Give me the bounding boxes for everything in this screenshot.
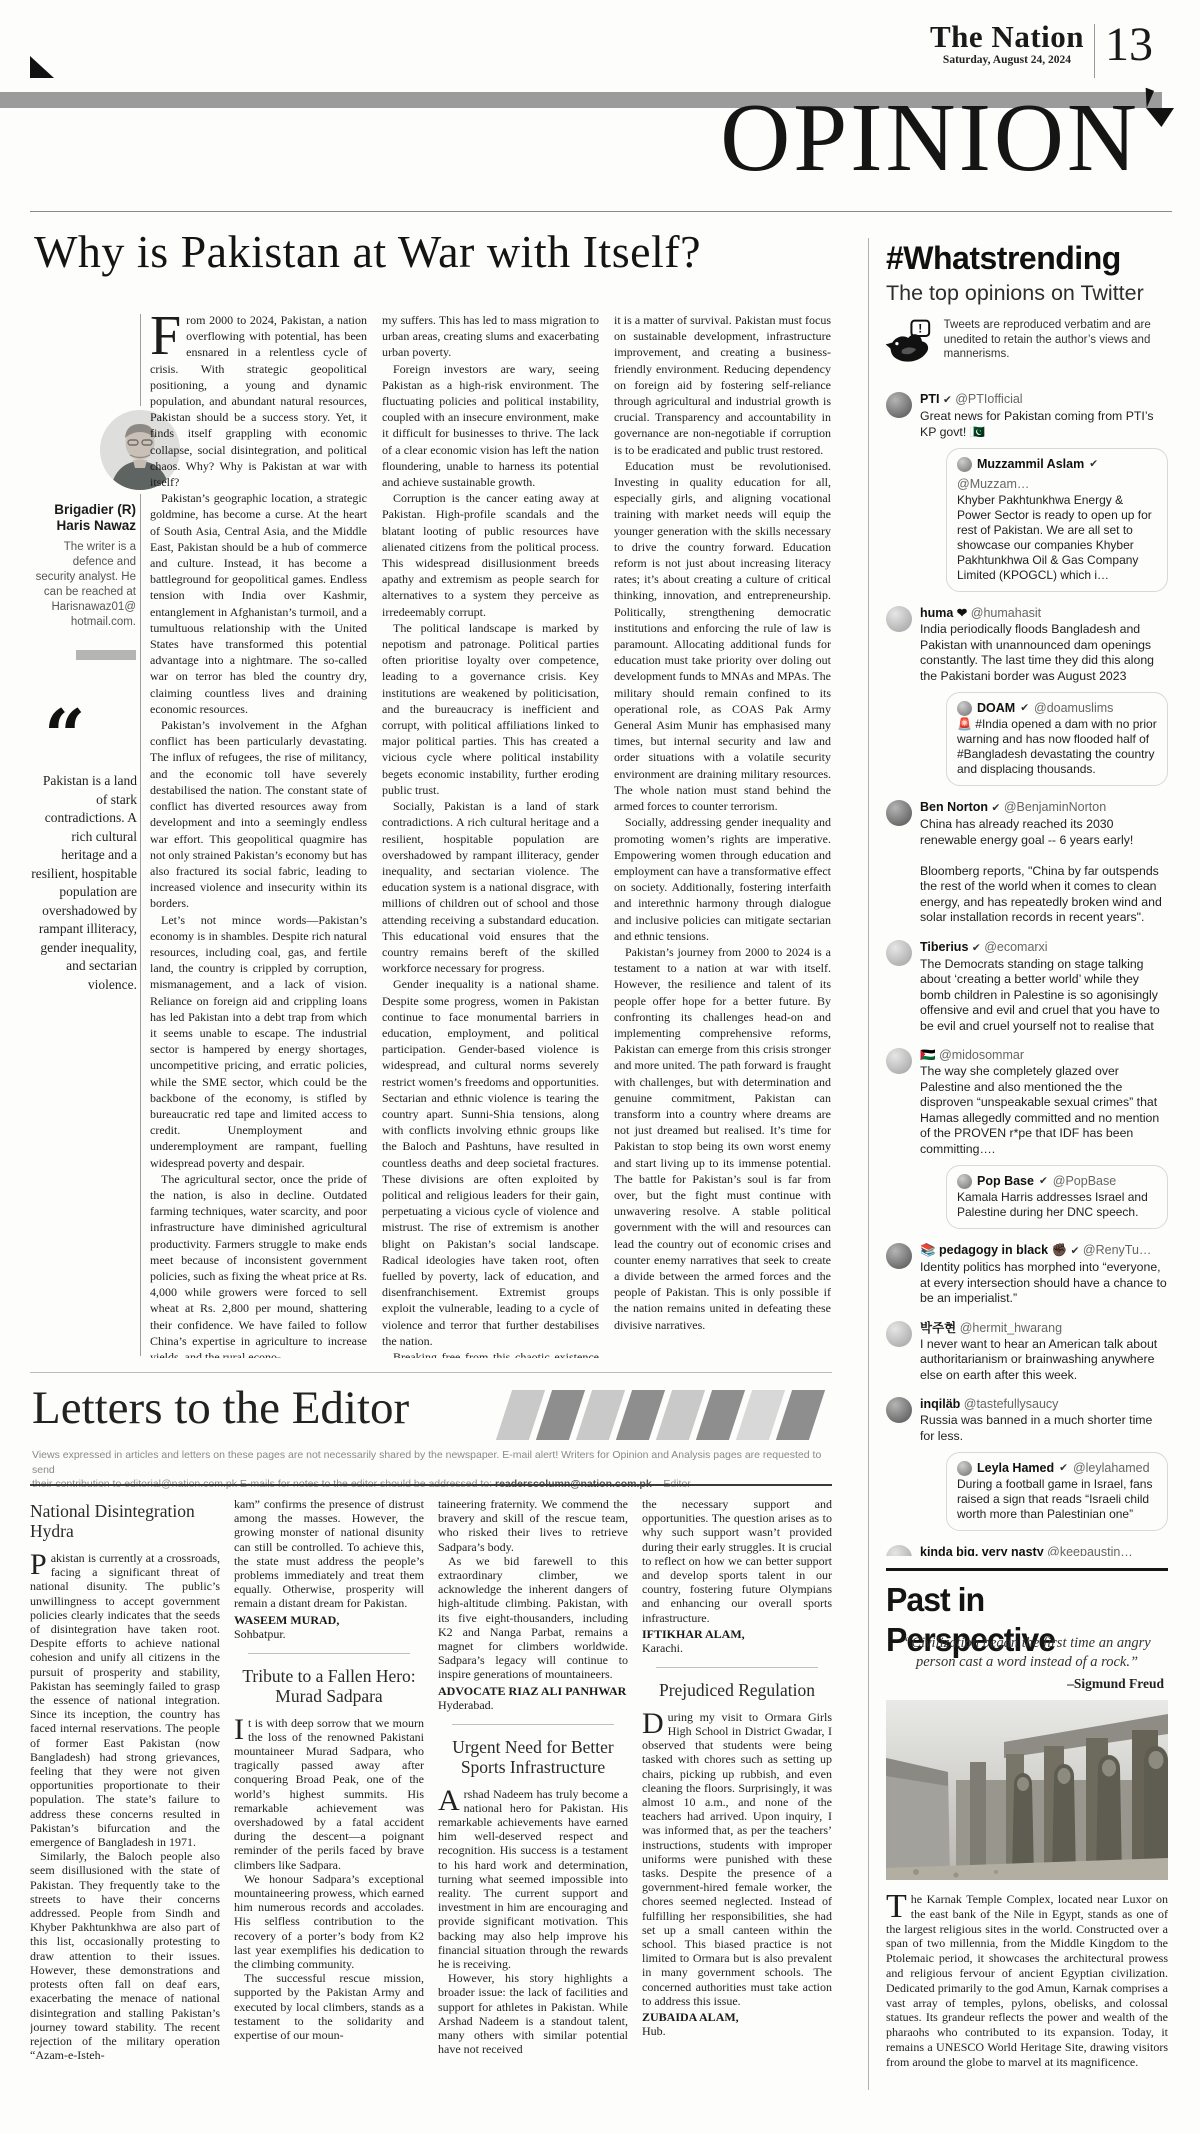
tweet-handle: @humahasit	[971, 606, 1041, 620]
pull-quote: Pakistan is a land of stark contradictio…	[30, 772, 137, 994]
tweet: 📚 pedagogy in black ✊🏿 ✔ @RenyTu… Identi…	[886, 1243, 1168, 1307]
tweet-author: huma ❤	[920, 606, 967, 620]
tweet-text: India periodically floods Bangladesh and…	[920, 622, 1168, 684]
tweet: Ben Norton ✔ @BenjaminNorton China has a…	[886, 800, 1168, 926]
letter-divider	[452, 1724, 614, 1725]
article-paragraph: Breaking free from this chaotic existenc…	[382, 1349, 599, 1358]
quoted-tweet: DOAM ✔ @doamuslims 🚨 #India opened a dam…	[946, 692, 1168, 786]
tweet: 🇵🇸 @midosommar The way she completely gl…	[886, 1048, 1168, 1229]
letters-top-rule	[30, 1372, 832, 1373]
letter-dropcap: A	[438, 1787, 464, 1813]
tweet-handle: @RenyTu…	[1083, 1243, 1152, 1257]
article-dropcap: F	[150, 312, 186, 359]
letter-paragraph: However, his story highlights a broader …	[438, 1971, 628, 2056]
tweet-text: Russia was banned in a much shorter time…	[920, 1413, 1168, 1444]
tweet-text: The way she completely glazed over Pales…	[920, 1064, 1168, 1157]
verified-icon: ✔	[1020, 701, 1029, 716]
tweet-text: Great news for Pakistan coming from PTI’…	[920, 409, 1168, 440]
article-paragraph: Socially, Pakistan is a land of stark co…	[382, 798, 599, 976]
article-paragraph: my suffers. This has led to mass migrati…	[382, 312, 599, 361]
article-paragraph: it is a matter of survival. Pakistan mus…	[614, 312, 831, 458]
author-name: Brigadier (R) Haris Nawaz	[30, 502, 136, 534]
letter-paragraph: Pakistan is currently at a crossroads, f…	[30, 1551, 220, 1849]
avatar	[886, 1545, 912, 1556]
tweet-handle: @PopBase	[1053, 1174, 1116, 1189]
tweet-author: DOAM	[977, 701, 1015, 716]
avatar	[957, 457, 972, 472]
letters-banner-stripes	[504, 1390, 817, 1440]
tweet-handle: @tastefullysaucy	[964, 1397, 1059, 1411]
whatstrending-disclaimer: ! Tweets are reproduced verbatim and are…	[884, 318, 1168, 366]
tweet-author: 🇵🇸	[920, 1048, 936, 1062]
past-body: The Karnak Temple Complex, located near …	[886, 1892, 1168, 2118]
past-section-rule	[886, 1568, 1168, 1571]
letter-heading: Tribute to a Fallen Hero: Murad Sadpara	[234, 1666, 424, 1706]
avatar	[886, 392, 912, 418]
letter-signature-city: Karachi.	[642, 1641, 832, 1655]
tweet-list: PTI ✔ @PTIofficial Great news for Pakist…	[886, 392, 1168, 1556]
letter-signature: ADVOCATE RIAZ ALI PANHWAR	[438, 1684, 628, 1698]
quoted-tweet: Pop Base ✔ @PopBase Kamala Harris addres…	[946, 1165, 1168, 1229]
letters-column-4: the necessary support and opportunities.…	[642, 1497, 832, 2125]
right-column-rule	[868, 238, 869, 2090]
tweet: PTI ✔ @PTIofficial Great news for Pakist…	[886, 392, 1168, 592]
article-column-2: my suffers. This has led to mass migrati…	[382, 312, 599, 1358]
letter-heading: Urgent Need for Better Sports Infrastruc…	[438, 1737, 628, 1777]
tweet-author: Leyla Hamed	[977, 1461, 1054, 1476]
letters-body: National Disintegration Hydra Pakistan i…	[30, 1497, 834, 2125]
avatar	[957, 1461, 972, 1476]
tweet-handle: @hermit_hwarang	[960, 1321, 1062, 1335]
verified-icon: ✔	[1089, 457, 1098, 472]
letter-paragraph: As we bid farewell to this extraordinary…	[438, 1554, 628, 1682]
tweet-author: kinda big, very nasty	[920, 1545, 1044, 1556]
letters-column-3: taineering fraternity. We commend the br…	[438, 1497, 628, 2125]
article-paragraph: Pakistan’s geographic location, a strate…	[150, 490, 367, 717]
letters-divider-rule	[30, 1484, 832, 1486]
corner-flag-icon	[30, 56, 54, 78]
article-body: From 2000 to 2024, Pakistan, a nation ov…	[150, 312, 832, 1358]
tweet-text: Identity politics has morphed into “ever…	[920, 1260, 1168, 1307]
tweet-author: Pop Base	[977, 1174, 1034, 1189]
letters-section-title: Letters to the Editor	[32, 1382, 409, 1434]
letter-divider	[248, 1653, 410, 1654]
tweet-handle: @doamuslims	[1034, 701, 1113, 716]
letter-divider	[656, 1667, 818, 1668]
letter-paragraph: the necessary support and opportunities.…	[642, 1497, 832, 1625]
banner-stripe	[776, 1390, 825, 1440]
letter-paragraph: During my visit to Ormara Girls High Sch…	[642, 1710, 832, 2008]
tweet-text: I never want to hear an American talk ab…	[920, 1337, 1168, 1384]
letter-paragraph: It is with deep sorrow that we mourn the…	[234, 1716, 424, 1872]
header-bar-arrow-icon	[1146, 108, 1174, 127]
paper-date: Saturday, August 24, 2024	[930, 54, 1084, 66]
verified-icon: ✔	[1059, 1461, 1068, 1476]
letter-dropcap: P	[30, 1551, 51, 1577]
avatar	[886, 1321, 912, 1347]
tweet-handle: @ecomarxi	[984, 940, 1047, 954]
verified-icon: ✔	[992, 802, 1001, 814]
masthead: The Nation Saturday, August 24, 2024 13	[930, 20, 1153, 78]
letter-paragraph: kam” confirms the presence of distrust a…	[234, 1497, 424, 1611]
past-quote-attribution: –Sigmund Freud	[886, 1676, 1164, 1692]
avatar	[886, 1048, 912, 1074]
letter-paragraph: taineering fraternity. We commend the br…	[438, 1497, 628, 1554]
letter-signature-city: Hub.	[642, 2024, 832, 2038]
past-dropcap: T	[886, 1892, 911, 1921]
tweet-handle: @keepaustin…	[1047, 1545, 1133, 1556]
letter-dropcap: D	[642, 1710, 668, 1736]
tweet-text: The Democrats standing on stage talking …	[920, 957, 1168, 1035]
author-bio: The writer is a defence and security ana…	[30, 540, 136, 630]
article-paragraph: Let’s not mince words—Pakistan’s economy…	[150, 912, 367, 1171]
twitter-bird-icon: !	[884, 318, 936, 366]
whatstrending-title: #Whatstrending	[886, 240, 1176, 276]
article-paragraph: Pakistan’s journey from 2000 to 2024 is …	[614, 944, 831, 1333]
quoted-tweet: Leyla Hamed ✔ @leylahamed During a footb…	[946, 1452, 1168, 1531]
letter-paragraph: The successful rescue mission, supported…	[234, 1971, 424, 2042]
tweet-author: PTI	[920, 392, 939, 406]
tweet-author: 박주현	[920, 1321, 956, 1335]
tweet: kinda big, very nasty @keepaustin… Is th…	[886, 1545, 1168, 1556]
letter-signature-city: Sohbatpur.	[234, 1627, 424, 1641]
verified-icon: ✔	[972, 942, 981, 954]
past-quote: “Civilization began the first time an an…	[890, 1634, 1164, 1672]
tweet: Tiberius ✔ @ecomarxi The Democrats stand…	[886, 940, 1168, 1035]
article-paragraph: Pakistan’s involvement in the Afghan con…	[150, 717, 367, 911]
article-paragraph: The political landscape is marked by nep…	[382, 620, 599, 798]
top-rule	[30, 211, 1172, 212]
pull-quote-icon: “	[44, 700, 85, 772]
article-paragraph: Corruption is the cancer eating away at …	[382, 490, 599, 620]
tweet-text: Khyber Pakhtunkhwa Energy & Power Sector…	[957, 493, 1157, 583]
tweet-text: Kamala Harris addresses Israel and Pales…	[957, 1190, 1157, 1220]
tweet-handle: @midosommar	[939, 1048, 1024, 1062]
letter-paragraph: Arshad Nadeem has truly become a nationa…	[438, 1787, 628, 1972]
quoted-tweet: Muzzammil Aslam ✔ @Muzzam… Khyber Pakhtu…	[946, 448, 1168, 592]
newspaper-page: The Nation Saturday, August 24, 2024 13 …	[0, 0, 1200, 2133]
article-paragraph: The agricultural sector, once the pride …	[150, 1171, 367, 1358]
article-column-3: it is a matter of survival. Pakistan mus…	[614, 312, 831, 1358]
tweet-author: Muzzammil Aslam	[977, 457, 1084, 472]
tweet: inqiläb @tastefullysaucy Russia was bann…	[886, 1397, 1168, 1531]
masthead-divider	[1094, 24, 1095, 78]
karnak-temple-photo	[886, 1700, 1168, 1880]
page-number: 13	[1105, 20, 1153, 70]
letter-paragraph: Similarly, the Baloch people also seem d…	[30, 1849, 220, 2062]
avatar	[886, 800, 912, 826]
verified-icon: ✔	[943, 394, 952, 406]
bio-gray-bar	[76, 650, 136, 660]
svg-text:!: !	[918, 322, 922, 336]
verified-icon: ✔	[1071, 1245, 1080, 1257]
letter-signature: ZUBAIDA ALAM,	[642, 2010, 832, 2024]
avatar	[886, 606, 912, 632]
tweet-handle: @PTIofficial	[955, 392, 1022, 406]
avatar	[957, 701, 972, 716]
tweet-text: 🚨 #India opened a dam with no prior warn…	[957, 717, 1157, 777]
tweet-author: 📚 pedagogy in black ✊🏿	[920, 1243, 1067, 1257]
tweet-author: Tiberius	[920, 940, 968, 954]
tweet-text: China has already reached its 2030 renew…	[920, 817, 1168, 926]
tweet-handle: @BenjaminNorton	[1004, 800, 1106, 814]
whatstrending-subtitle: The top opinions on Twitter	[886, 280, 1176, 306]
article-paragraph: From 2000 to 2024, Pakistan, a nation ov…	[150, 312, 367, 490]
article-paragraph: Education must be revolutionised. Invest…	[614, 458, 831, 814]
paper-name: The Nation	[930, 20, 1084, 54]
tweet: 박주현 @hermit_hwarang I never want to hear…	[886, 1321, 1168, 1384]
letter-paragraph: We honour Sadpara’s exceptional mountain…	[234, 1872, 424, 1971]
article-headline: Why is Pakistan at War with Itself?	[34, 224, 834, 280]
tweet-author: Ben Norton	[920, 800, 988, 814]
letter-heading: Prejudiced Regulation	[642, 1680, 832, 1700]
letter-dropcap: I	[234, 1716, 248, 1742]
letter-signature: IFTIKHAR ALAM,	[642, 1627, 832, 1641]
section-title: OPINION	[560, 78, 1140, 198]
letter-signature-city: Hyderabad.	[438, 1698, 628, 1712]
article-paragraph: Socially, addressing gender inequality a…	[614, 814, 831, 944]
letter-heading: National Disintegration Hydra	[30, 1501, 220, 1541]
tweet-text: During a football game in Israel, fans r…	[957, 1477, 1157, 1522]
avatar	[886, 1243, 912, 1269]
tweet-author: inqiläb	[920, 1397, 960, 1411]
letters-column-2: kam” confirms the presence of distrust a…	[234, 1497, 424, 2125]
avatar	[886, 1397, 912, 1423]
verified-icon: ✔	[1039, 1174, 1048, 1189]
avatar	[886, 940, 912, 966]
tweet: huma ❤ @humahasit India periodically flo…	[886, 606, 1168, 786]
article-column-1: From 2000 to 2024, Pakistan, a nation ov…	[150, 312, 367, 1358]
letter-signature: WASEEM MURAD,	[234, 1613, 424, 1627]
avatar	[957, 1174, 972, 1189]
tweet-handle: @Muzzam…	[957, 477, 1029, 492]
letters-column-1: National Disintegration Hydra Pakistan i…	[30, 1497, 220, 2125]
article-paragraph: Foreign investors are wary, seeing Pakis…	[382, 361, 599, 491]
tweet-handle: @leylahamed	[1073, 1461, 1150, 1476]
article-paragraph: Gender inequality is a national shame. D…	[382, 976, 599, 1349]
